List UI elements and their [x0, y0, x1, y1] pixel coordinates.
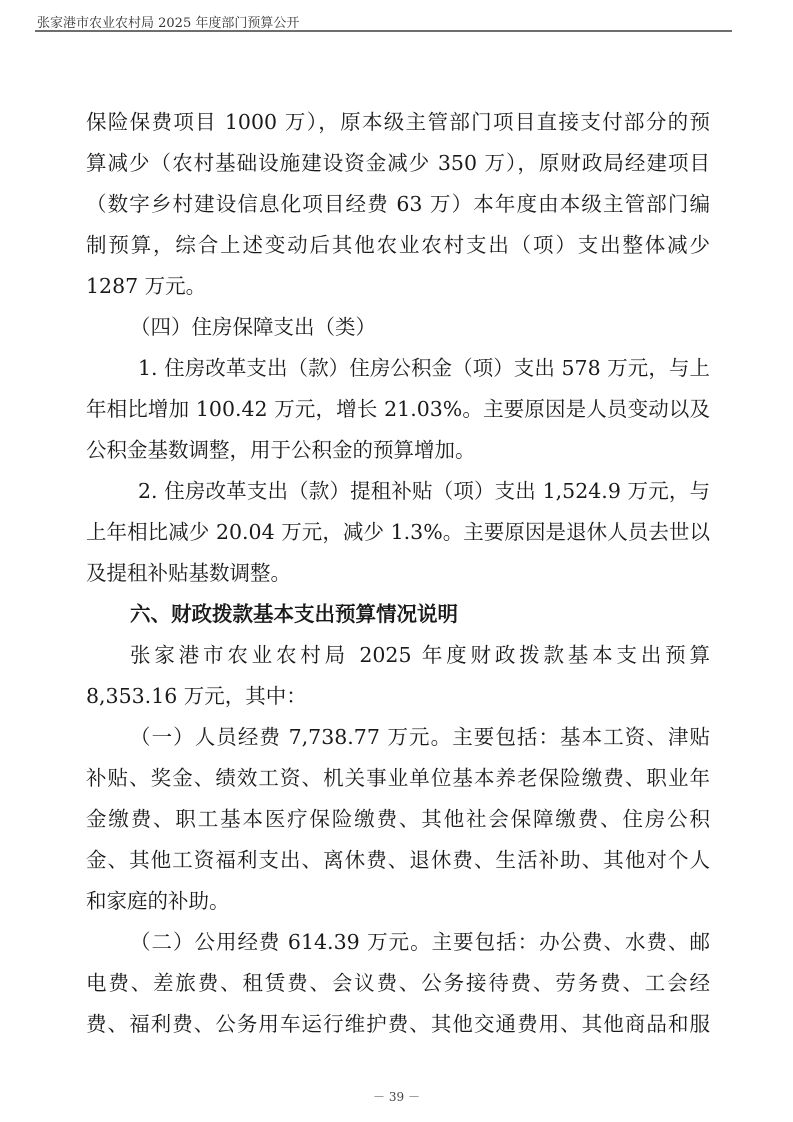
subsection-title: （四）住房保障支出（类） — [86, 309, 710, 350]
text-line: 8,353.16 万元，其中： — [86, 678, 710, 719]
section-heading-basic-expenditure: 六、财政拨款基本支出预算情况说明 — [86, 596, 710, 637]
page-header: 张家港市农业农村局 2025 年度部门预算公开 — [35, 10, 732, 32]
section-heading-housing: （四）住房保障支出（类） — [86, 309, 710, 350]
text-line: （数字乡村建设信息化项目经费 63 万）本年度由本级主管部门编 — [86, 186, 710, 227]
section-title: 六、财政拨款基本支出预算情况说明 — [86, 596, 710, 637]
paragraph-housing-fund: 1. 住房改革支出（款）住房公积金（项）支出 578 万元，与上 年相比增加 1… — [86, 350, 710, 473]
text-line: 1. 住房改革支出（款）住房公积金（项）支出 578 万元，与上 — [86, 350, 710, 391]
paragraph-rent-subsidy: 2. 住房改革支出（款）提租补贴（项）支出 1,524.9 万元，与 上年相比减… — [86, 473, 710, 596]
text-line: 年相比增加 100.42 万元，增长 21.03%。主要原因是人员变动以及 — [86, 391, 710, 432]
text-line: （二）公用经费 614.39 万元。主要包括：办公费、水费、邮 — [86, 924, 710, 965]
paragraph-summary: 张家港市农业农村局 2025 年度财政拨款基本支出预算 8,353.16 万元，… — [86, 637, 710, 719]
text-line: 和家庭的补助。 — [86, 883, 710, 924]
text-line: 及提租补贴基数调整。 — [86, 555, 710, 596]
paragraph-public-expenses: （二）公用经费 614.39 万元。主要包括：办公费、水费、邮 电费、差旅费、租… — [86, 924, 710, 1047]
paragraph-personnel-expenses: （一）人员经费 7,738.77 万元。主要包括：基本工资、津贴 补贴、奖金、绩… — [86, 719, 710, 924]
text-line: 算减少（农村基础设施建设资金减少 350 万），原财政局经建项目 — [86, 145, 710, 186]
text-line: 电费、差旅费、租赁费、会议费、公务接待费、劳务费、工会经 — [86, 965, 710, 1006]
document-body: 保险保费项目 1000 万），原本级主管部门项目直接支付部分的预 算减少（农村基… — [86, 104, 710, 1047]
page-number: － 39 － — [0, 1088, 793, 1105]
text-line: 制预算，综合上述变动后其他农业农村支出（项）支出整体减少 — [86, 227, 710, 268]
text-line: 费、福利费、公务用车运行维护费、其他交通费用、其他商品和服 — [86, 1006, 710, 1047]
paragraph-continuation: 保险保费项目 1000 万），原本级主管部门项目直接支付部分的预 算减少（农村基… — [86, 104, 710, 309]
text-line: 金缴费、职工基本医疗保险缴费、其他社会保障缴费、住房公积 — [86, 801, 710, 842]
text-line: 保险保费项目 1000 万），原本级主管部门项目直接支付部分的预 — [86, 104, 710, 145]
text-line: 公积金基数调整，用于公积金的预算增加。 — [86, 432, 710, 473]
text-line: 1287 万元。 — [86, 268, 710, 309]
document-title: 张家港市农业农村局 2025 年度部门预算公开 — [37, 12, 299, 31]
text-line: 上年相比减少 20.04 万元，减少 1.3%。主要原因是退休人员去世以 — [86, 514, 710, 555]
text-line: 补贴、奖金、绩效工资、机关事业单位基本养老保险缴费、职业年 — [86, 760, 710, 801]
text-line: 2. 住房改革支出（款）提租补贴（项）支出 1,524.9 万元，与 — [86, 473, 710, 514]
text-line: 金、其他工资福利支出、离休费、退休费、生活补助、其他对个人 — [86, 842, 710, 883]
text-line: （一）人员经费 7,738.77 万元。主要包括：基本工资、津贴 — [86, 719, 710, 760]
text-line: 张家港市农业农村局 2025 年度财政拨款基本支出预算 — [86, 637, 710, 678]
